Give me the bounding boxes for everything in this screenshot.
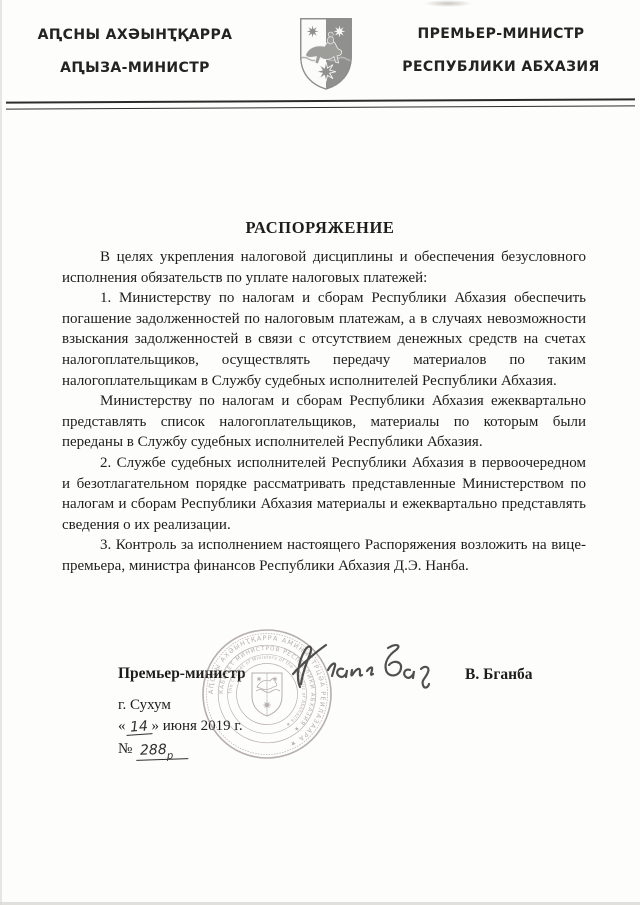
abkhazia-coat-of-arms-icon: [296, 13, 356, 94]
number-value: 288: [140, 742, 167, 759]
signature-autograph: [290, 640, 442, 698]
letterhead-right-line1: ПРЕМЬЕР-МИНИСТР: [380, 26, 622, 42]
document-paragraph: 3. Контроль за исполнением настоящего Ра…: [62, 535, 586, 576]
document-title: РАСПОРЯЖЕНИЕ: [0, 218, 640, 238]
signer-name: В. Бганба: [465, 666, 533, 684]
seal-center-shield: [252, 673, 282, 716]
handwritten-day: 14: [125, 720, 152, 736]
document-body: В целях укрепления налоговой дисциплины …: [62, 247, 586, 577]
document-number: № 288р: [118, 741, 188, 759]
handwritten-number: 288р: [136, 742, 189, 761]
letterhead-left-line2: АԤЫЗА-МИНИСТР: [10, 60, 260, 76]
document-paragraph: В целях укрепления налоговой дисциплины …: [62, 247, 586, 288]
number-suffix: р: [167, 750, 174, 764]
document-paragraph: 1. Министерству по налогам и сборам Респ…: [62, 288, 586, 391]
scanned-document-page: АԤСНЫ АХӘЫНҬҚАРРА АԤЫЗА-МИНИСТР ПРЕМЬЕР-…: [0, 0, 640, 905]
date-open-quote: «: [118, 718, 126, 734]
scan-smudge: [424, 0, 472, 7]
letterhead-divider-rule: [6, 98, 635, 109]
letterhead-right-line2: РЕСПУБЛИКИ АБХАЗИЯ: [380, 59, 622, 75]
letterhead-left-line1: АԤСНЫ АХӘЫНҬҚАРРА: [10, 27, 260, 43]
scan-edge-left: [0, 0, 2, 905]
document-paragraph: 2. Службе судебных исполнителей Республи…: [62, 453, 586, 535]
document-paragraph: Министерству по налогам и сборам Республ…: [62, 391, 586, 453]
signing-city: г. Сухум: [118, 697, 171, 714]
number-label: №: [118, 741, 132, 757]
